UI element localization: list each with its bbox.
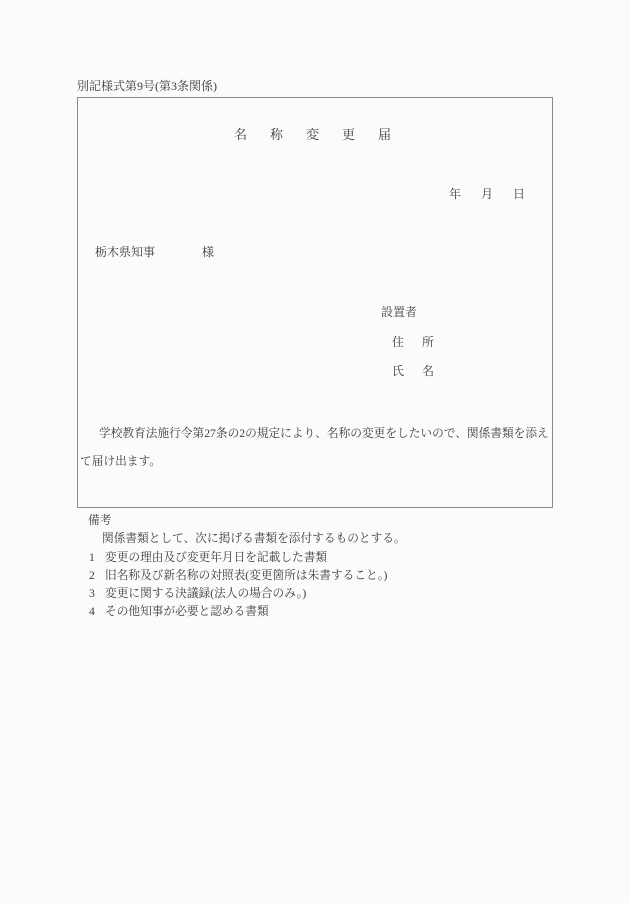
item-number: 2 (88, 567, 105, 585)
item-number: 3 (88, 585, 105, 603)
remarks-item: 1 変更の理由及び変更年月日を記載した書類 (88, 549, 406, 567)
form-number-label: 別記様式第9号(第3条関係) (77, 79, 217, 93)
name-label: 氏 名 (392, 364, 437, 378)
remarks-intro: 関係書類として、次に掲げる書類を添付するものとする。 (88, 530, 406, 548)
date-year-label: 年 (449, 187, 461, 201)
date-day-label: 日 (513, 187, 525, 201)
remarks-item: 2 旧名称及び新名称の対照表(変更箇所は朱書すること。) (88, 567, 406, 585)
date-month-label: 月 (481, 187, 493, 201)
form-border-box: 名 称 変 更 届 年 月 日 栃木県知事 様 設置者 住 所 氏 名 学校教育… (77, 97, 553, 508)
document-page: 別記様式第9号(第3条関係) 名 称 変 更 届 年 月 日 栃木県知事 様 設… (0, 0, 630, 903)
body-text-line2: て届け出ます。 (80, 455, 161, 469)
item-text: 変更の理由及び変更年月日を記載した書類 (105, 549, 327, 567)
item-text: 変更に関する決議録(法人の場合のみ。) (105, 585, 306, 603)
body-text-line1: 学校教育法施行令第27条の2の規定により、名称の変更をしたいので、関係書類を添え (80, 427, 549, 441)
form-title: 名 称 変 更 届 (78, 124, 552, 143)
remarks-heading: 備考 (88, 512, 406, 530)
addressee-label: 栃木県知事 (95, 245, 155, 259)
addressee-line: 栃木県知事 様 (95, 245, 214, 259)
date-line: 年 月 日 (449, 187, 525, 201)
remarks-section: 備考 関係書類として、次に掲げる書類を添付するものとする。 1 変更の理由及び変… (88, 512, 406, 622)
item-number: 4 (88, 603, 105, 621)
remarks-item: 4 その他知事が必要と認める書類 (88, 603, 406, 621)
honorific-label: 様 (202, 245, 214, 259)
item-number: 1 (88, 549, 105, 567)
address-label: 住 所 (392, 335, 437, 349)
founder-label: 設置者 (381, 305, 417, 319)
item-text: 旧名称及び新名称の対照表(変更箇所は朱書すること。) (105, 567, 387, 585)
item-text: その他知事が必要と認める書類 (105, 603, 269, 621)
remarks-item: 3 変更に関する決議録(法人の場合のみ。) (88, 585, 406, 603)
